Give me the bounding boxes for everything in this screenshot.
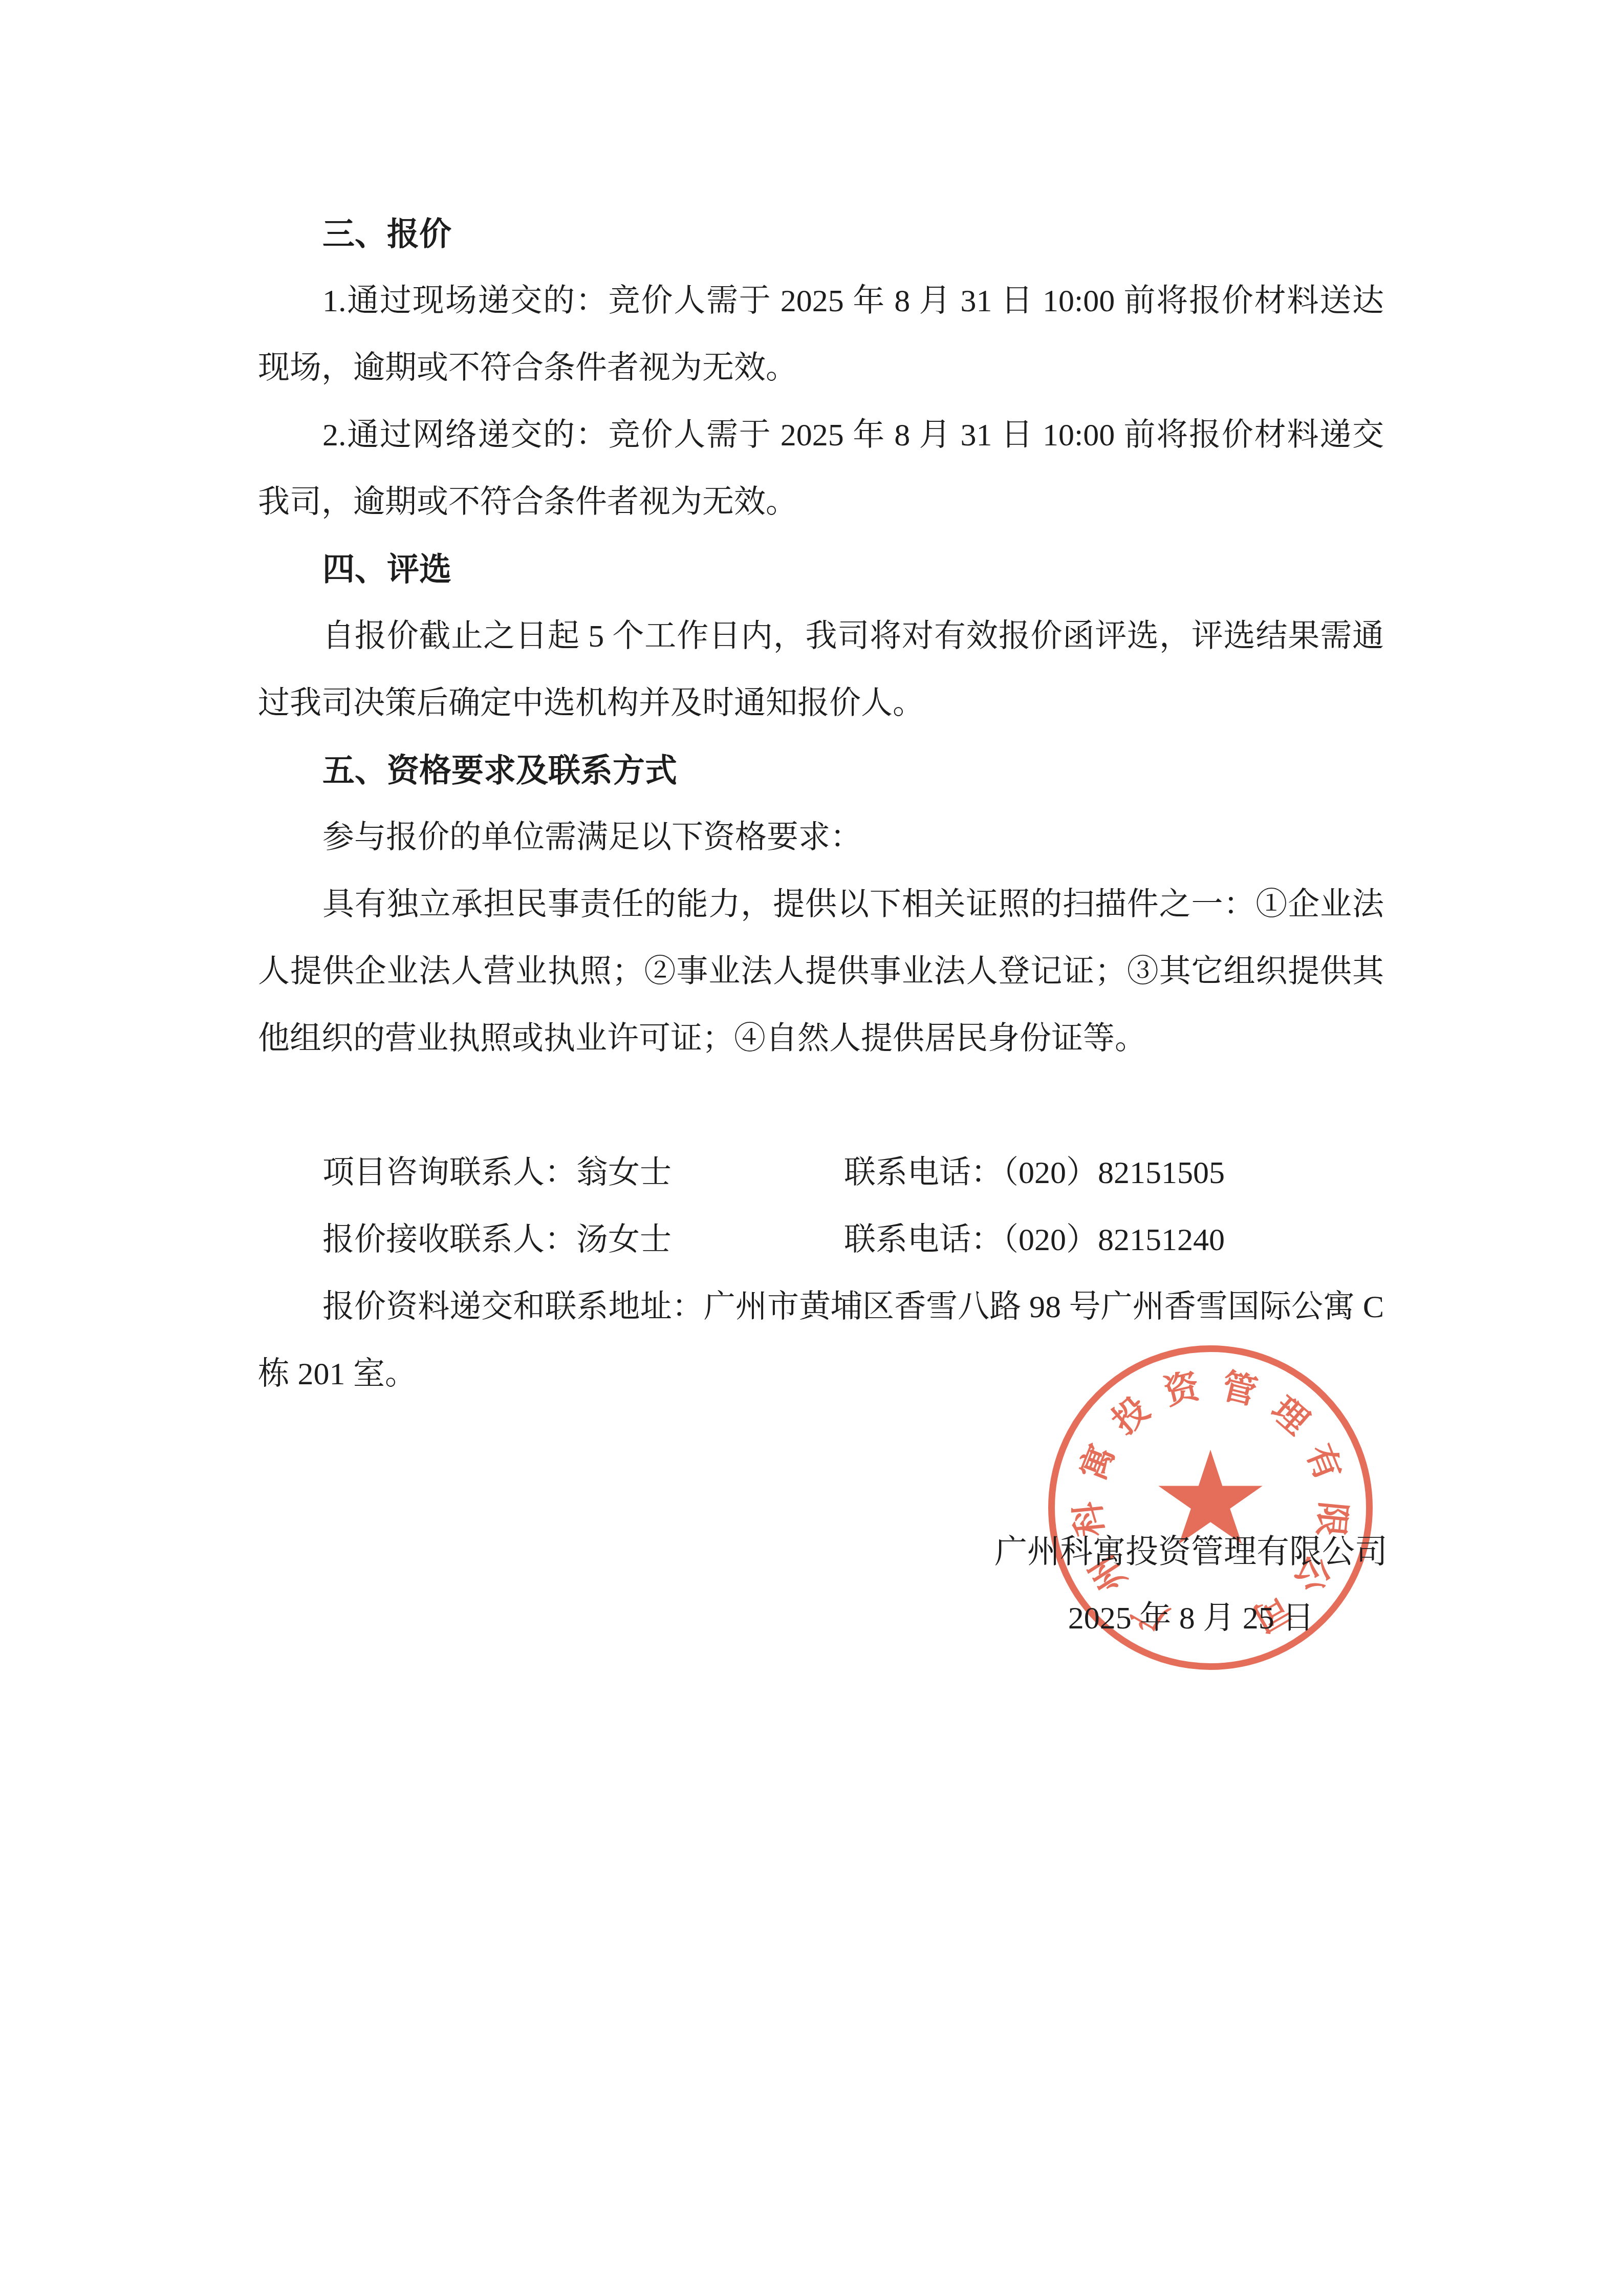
- section-heading-5: 五、资格要求及联系方式: [258, 737, 1384, 804]
- contact-person: 项目咨询联系人：翁女士: [322, 1140, 844, 1207]
- section-heading-3: 三、报价: [258, 201, 1384, 268]
- paragraph: 具有独立承担民事责任的能力，提供以下相关证照的扫描件之一：①企业法人提供企业法人…: [258, 871, 1384, 1072]
- contact-phone: 联系电话：（020）82151240: [844, 1207, 1225, 1274]
- section-heading-4: 四、评选: [258, 536, 1384, 603]
- paragraph: 自报价截止之日起 5 个工作日内，我司将对有效报价函评选，评选结果需通过我司决策…: [258, 603, 1384, 737]
- contact-block: 项目咨询联系人：翁女士 联系电话：（020）82151505 报价接收联系人：汤…: [258, 1140, 1384, 1274]
- contact-person: 报价接收联系人：汤女士: [322, 1207, 844, 1274]
- contact-phone: 联系电话：（020）82151505: [844, 1140, 1225, 1207]
- document-body: 三、报价 1.通过现场递交的：竞价人需于 2025 年 8 月 31 日 10:…: [258, 201, 1384, 1408]
- paragraph: 参与报价的单位需满足以下资格要求：: [258, 804, 1384, 871]
- signature-company: 广州科寓投资管理有限公司: [979, 1518, 1403, 1585]
- signature-date: 2025 年 8 月 25 日: [979, 1585, 1403, 1652]
- paragraph: 2.通过网络递交的：竞价人需于 2025 年 8 月 31 日 10:00 前将…: [258, 402, 1384, 536]
- signature-block: 广州科寓投资管理有限公司 2025 年 8 月 25 日: [979, 1518, 1403, 1652]
- document-page: 三、报价 1.通过现场递交的：竞价人需于 2025 年 8 月 31 日 10:…: [0, 0, 1624, 2296]
- contact-row: 项目咨询联系人：翁女士 联系电话：（020）82151505: [258, 1140, 1384, 1207]
- paragraph: 1.通过现场递交的：竞价人需于 2025 年 8 月 31 日 10:00 前将…: [258, 268, 1384, 402]
- contact-row: 报价接收联系人：汤女士 联系电话：（020）82151240: [258, 1207, 1384, 1274]
